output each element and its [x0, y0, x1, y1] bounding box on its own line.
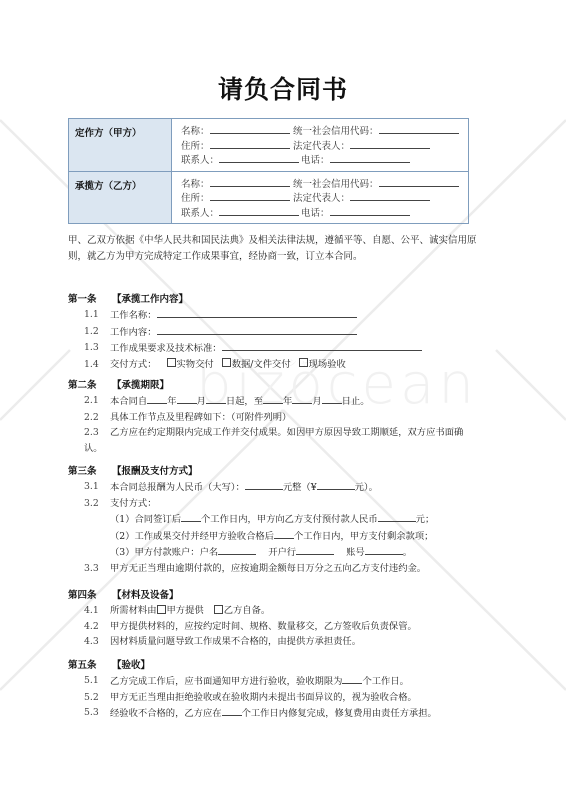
- advance-amount-input[interactable]: [378, 511, 416, 522]
- payment-term-2: （2）工作成果交付并经甲方验收合格后个工作日内，甲方支付剩余款项；: [68, 528, 508, 545]
- acceptance-days-input[interactable]: [342, 673, 362, 684]
- checkbox-physical-delivery[interactable]: [167, 358, 176, 367]
- article-2-heading: 第二条【承揽期限】: [68, 377, 508, 393]
- party-row-b: 承揽方（乙方） 名称：统一社会信用代码： 住所：法定代表人： 联系人：电话：: [69, 171, 469, 224]
- work-content-input[interactable]: [157, 324, 357, 335]
- repair-days-input[interactable]: [222, 705, 242, 716]
- party-b-label: 承揽方（乙方）: [69, 171, 172, 224]
- party-b-name-input[interactable]: [210, 177, 290, 187]
- end-month-input[interactable]: [292, 393, 312, 404]
- article-1: 第一条【承揽工作内容】 1.1工作名称： 1.2工作内容： 1.3工作成果要求及…: [68, 291, 508, 372]
- party-b-contact-input[interactable]: [219, 206, 299, 216]
- bank-name-input[interactable]: [296, 544, 334, 555]
- checkbox-onsite-acceptance[interactable]: [299, 358, 308, 367]
- clause-2-2: 2.2具体工作节点及里程碑如下：（可附件列明）: [68, 410, 508, 426]
- clause-1-1: 1.1工作名称：: [68, 307, 508, 324]
- clause-1-2: 1.2工作内容：: [68, 324, 508, 341]
- party-a-legal-rep-input[interactable]: [350, 139, 430, 149]
- party-b-fields: 名称：统一社会信用代码： 住所：法定代表人： 联系人：电话：: [172, 171, 469, 224]
- checkbox-party-a-provides[interactable]: [157, 605, 166, 614]
- clause-3-2: 3.2支付方式：: [68, 496, 508, 512]
- checkbox-party-b-self-supply[interactable]: [214, 605, 223, 614]
- party-a-phone-label: 电话：: [301, 155, 330, 166]
- article-5-heading: 第五条【验收】: [68, 657, 508, 673]
- advance-days-input[interactable]: [181, 511, 201, 522]
- payment-term-3: （3）甲方付款账户：户名开户行账号。: [68, 544, 508, 561]
- party-b-legal-rep-input[interactable]: [350, 191, 430, 201]
- party-a-address-label: 住所：: [181, 141, 210, 152]
- party-b-phone-label: 电话：: [301, 208, 330, 219]
- party-b-credit-code-input[interactable]: [379, 177, 459, 187]
- start-year-input[interactable]: [147, 393, 167, 404]
- parties-table: 定作方（甲方） 名称：统一社会信用代码： 住所：法定代表人： 联系人：电话： 承…: [68, 118, 469, 224]
- party-row-a: 定作方（甲方） 名称：统一社会信用代码： 住所：法定代表人： 联系人：电话：: [69, 119, 469, 172]
- payment-term-1: （1）合同签订后个工作日内，甲方向乙方支付预付款人民币元；: [68, 511, 508, 528]
- clause-4-2: 4.2甲方提供材料的，应按约定时间、规格、数量移交，乙方签收后负责保管。: [68, 619, 508, 635]
- article-3: 第三条【报酬及支付方式】 3.1本合同总报酬为人民币（大写）：元整（¥元）。 3…: [68, 463, 508, 576]
- clause-2-3-continued: 认。: [68, 441, 508, 457]
- clause-5-1: 5.1乙方完成工作后，应书面通知甲方进行验收，验收期限为个工作日。: [68, 673, 508, 690]
- end-day-input[interactable]: [322, 393, 342, 404]
- party-a-contact-input[interactable]: [219, 153, 299, 163]
- party-a-legal-rep-label: 法定代表人：: [293, 141, 350, 152]
- start-day-input[interactable]: [206, 393, 226, 404]
- party-a-name-input[interactable]: [210, 124, 290, 134]
- article-4: 第四条【材料及设备】 4.1所需材料由甲方提供乙方自备。 4.2甲方提供材料的，…: [68, 587, 508, 650]
- clause-3-3: 3.3甲方无正当理由逾期付款的，应按逾期金额每日万分之五向乙方支付违约金。: [68, 561, 508, 577]
- clause-2-1: 2.1本合同自年月日起，至年月日止。: [68, 393, 508, 410]
- party-a-credit-code-label: 统一社会信用代码：: [293, 126, 379, 137]
- party-b-address-label: 住所：: [181, 193, 210, 204]
- account-number-input[interactable]: [365, 544, 403, 555]
- article-4-heading: 第四条【材料及设备】: [68, 587, 508, 603]
- party-a-address-input[interactable]: [210, 139, 290, 149]
- tech-standard-input[interactable]: [222, 340, 422, 351]
- article-3-heading: 第三条【报酬及支付方式】: [68, 463, 508, 479]
- party-b-address-input[interactable]: [210, 191, 290, 201]
- balance-days-input[interactable]: [274, 528, 294, 539]
- work-name-input[interactable]: [157, 307, 357, 318]
- party-b-credit-code-label: 统一社会信用代码：: [293, 179, 379, 190]
- party-a-name-label: 名称：: [181, 126, 210, 137]
- article-1-heading: 第一条【承揽工作内容】: [68, 291, 508, 307]
- account-name-input[interactable]: [218, 544, 256, 555]
- article-5: 第五条【验收】 5.1乙方完成工作后，应书面通知甲方进行验收，验收期限为个工作日…: [68, 657, 508, 722]
- clause-5-2: 5.2甲方无正当理由拒绝验收或在验收期内未提出书面异议的，视为验收合格。: [68, 690, 508, 706]
- total-amount-words-input[interactable]: [245, 479, 283, 490]
- party-a-phone-input[interactable]: [330, 153, 410, 163]
- clause-1-4: 1.4交付方式：实物交付数据/文件交付现场验收: [68, 357, 508, 373]
- clause-5-3: 5.3经验收不合格的，乙方应在个工作日内修复完成，修复费用由责任方承担。: [68, 705, 508, 722]
- start-month-input[interactable]: [177, 393, 197, 404]
- party-a-credit-code-input[interactable]: [379, 124, 459, 134]
- document-title: 请负合同书: [0, 70, 566, 106]
- preamble-paragraph: 甲、乙双方依据《中华人民共和国民法典》及相关法律法规，遵循平等、自愿、公平、诚实…: [68, 233, 478, 265]
- total-amount-number-input[interactable]: [317, 479, 355, 490]
- end-year-input[interactable]: [263, 393, 283, 404]
- party-a-fields: 名称：统一社会信用代码： 住所：法定代表人： 联系人：电话：: [172, 119, 469, 172]
- party-a-contact-label: 联系人：: [181, 155, 219, 166]
- clause-3-1: 3.1本合同总报酬为人民币（大写）：元整（¥元）。: [68, 479, 508, 496]
- checkbox-file-delivery[interactable]: [222, 358, 231, 367]
- clause-4-1: 4.1所需材料由甲方提供乙方自备。: [68, 603, 508, 619]
- clause-4-3: 4.3因材料质量问题导致工作成果不合格的，由提供方承担责任。: [68, 634, 508, 650]
- party-b-name-label: 名称：: [181, 179, 210, 190]
- party-b-phone-input[interactable]: [330, 206, 410, 216]
- party-b-legal-rep-label: 法定代表人：: [293, 193, 350, 204]
- article-2: 第二条【承揽期限】 2.1本合同自年月日起，至年月日止。 2.2具体工作节点及里…: [68, 377, 508, 456]
- clause-2-3: 2.3乙方应在约定期限内完成工作并交付成果。如因甲方原因导致工期顺延，双方应书面…: [68, 425, 508, 441]
- clause-1-3: 1.3工作成果要求及技术标准：: [68, 340, 508, 357]
- party-b-contact-label: 联系人：: [181, 208, 219, 219]
- party-a-label: 定作方（甲方）: [69, 119, 172, 172]
